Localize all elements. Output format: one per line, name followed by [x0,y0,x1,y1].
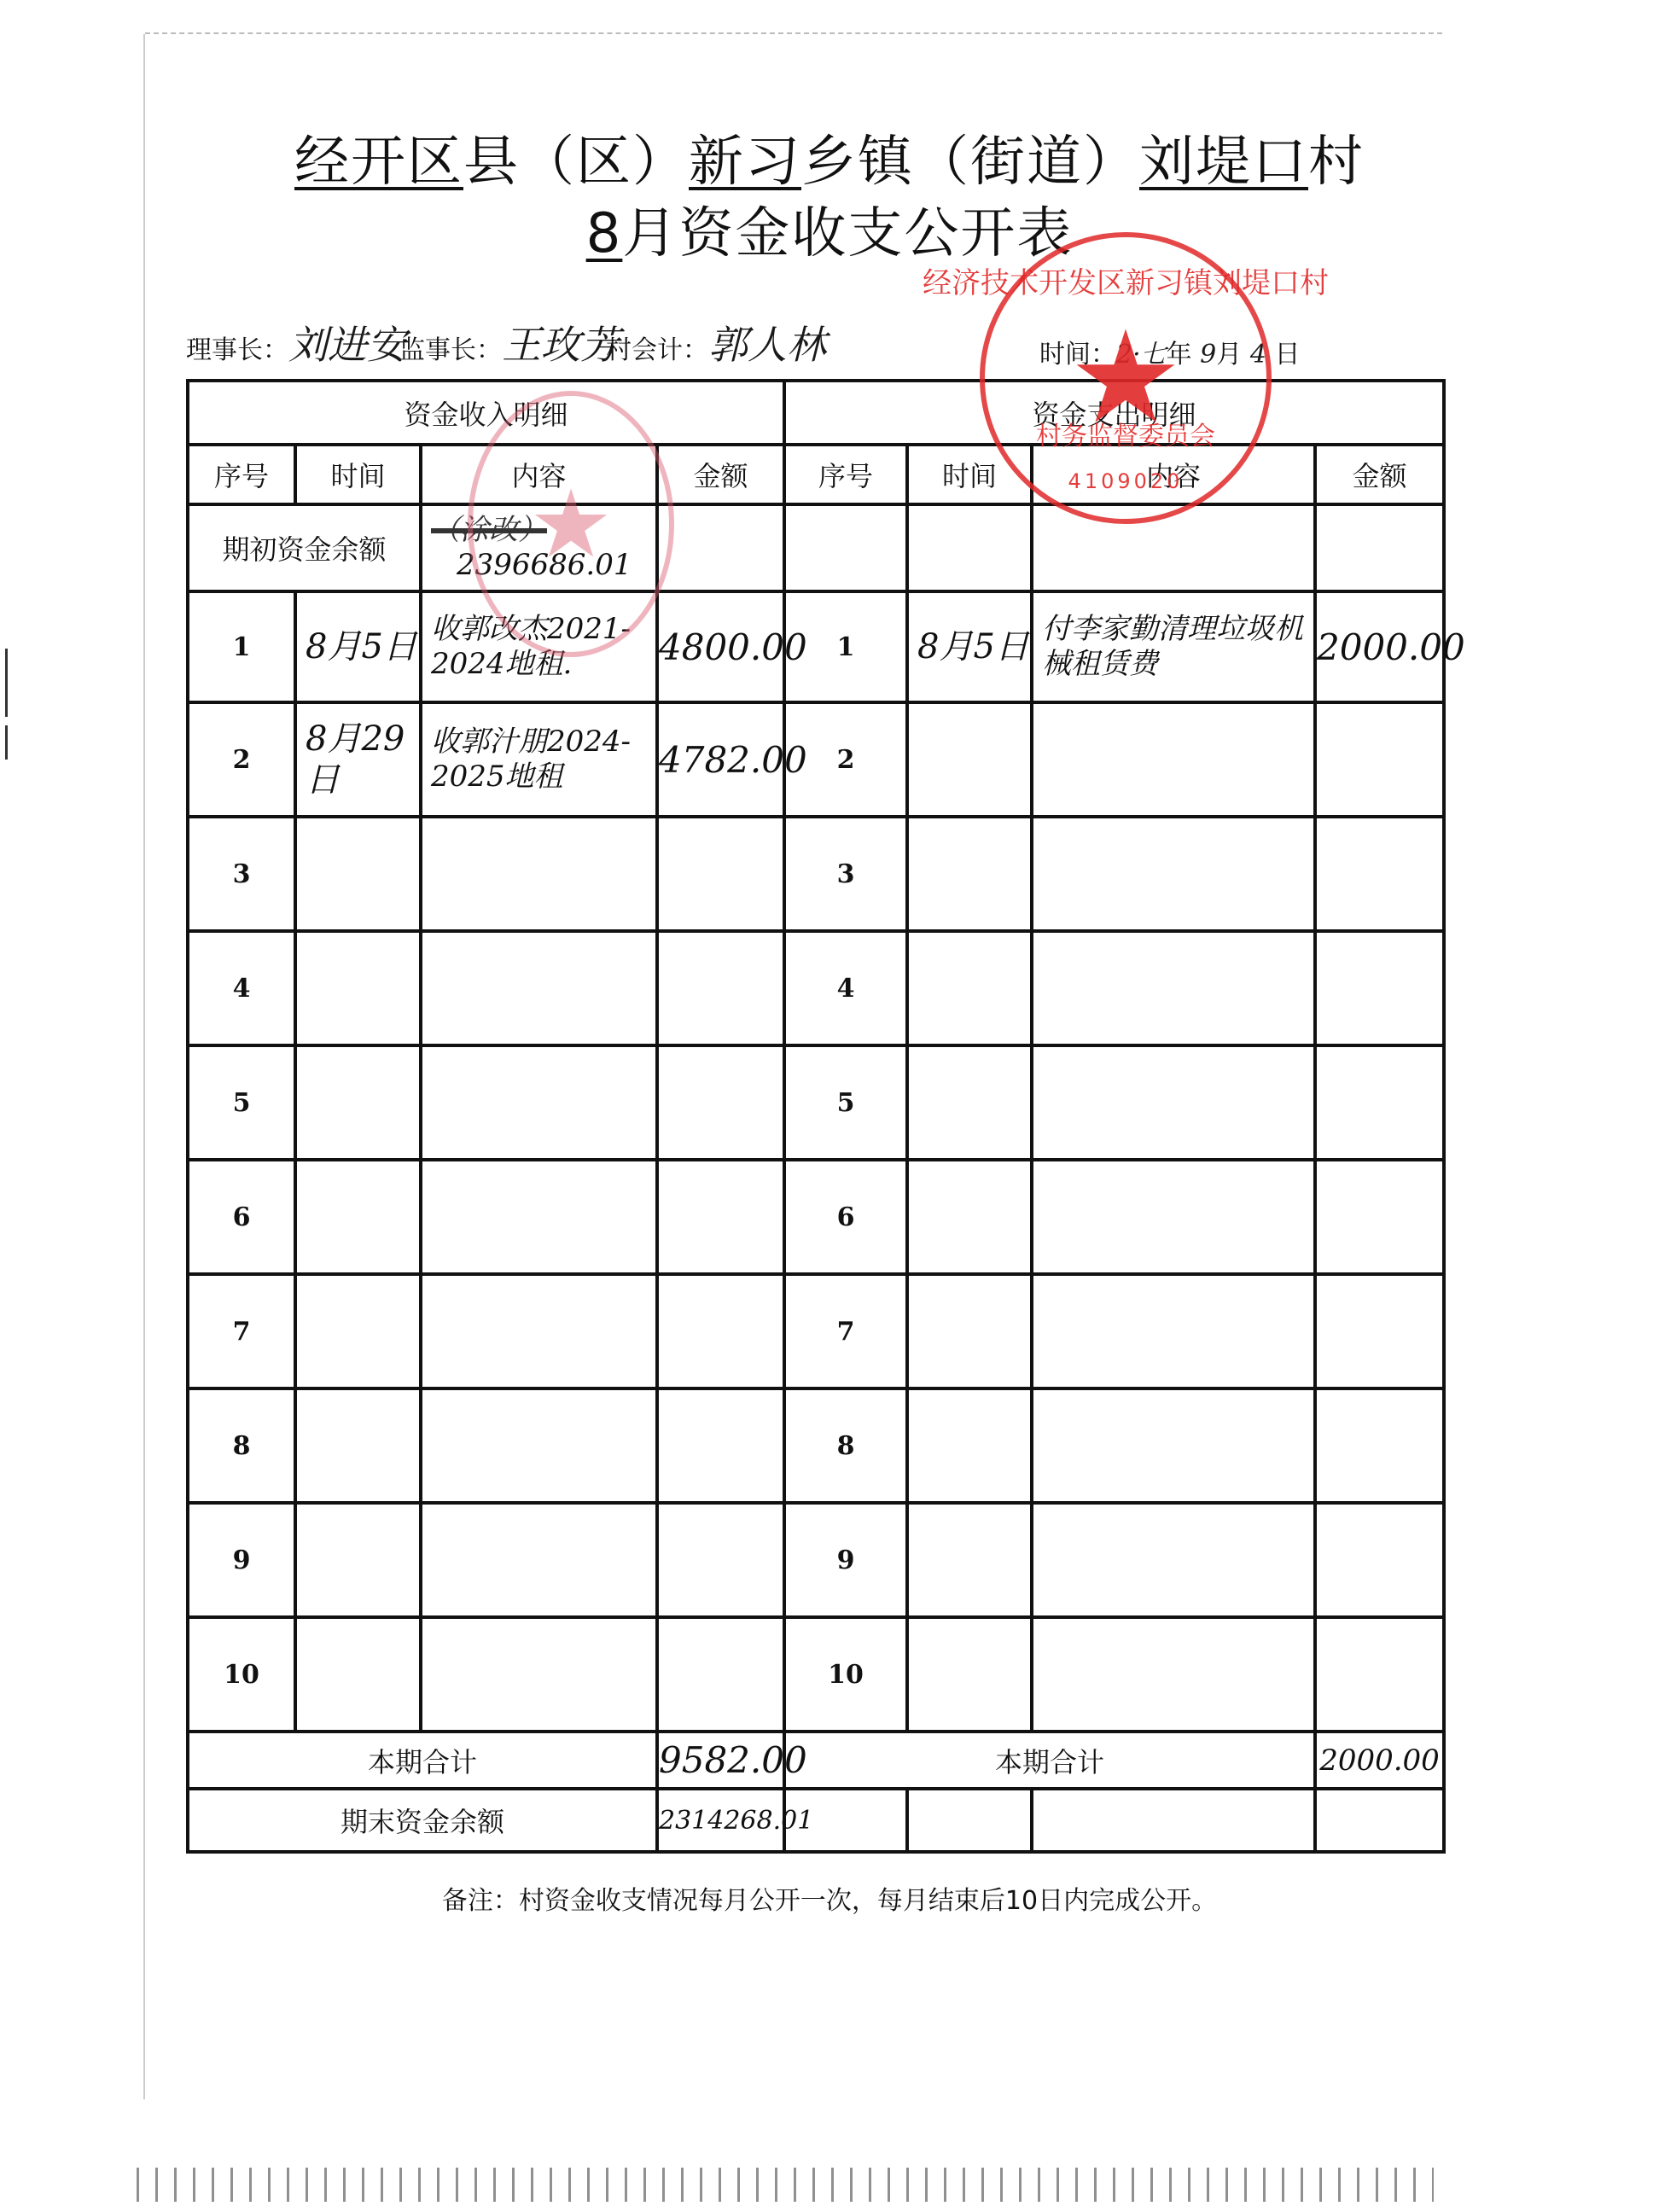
income-row-content [421,1274,657,1388]
income-row-content [421,1388,657,1503]
month-number: 8 [586,202,623,265]
expense-row-no: 3 [784,817,907,931]
income-row-no: 3 [188,817,295,931]
accountant-signature: 郭人林 [708,322,826,368]
income-header-date: 时间 [295,445,421,504]
signature-accountant: 村会计：郭人林 [606,314,826,370]
expense-row-date [907,1274,1032,1388]
income-row-date [295,1388,421,1503]
income-row-date [295,931,421,1045]
document-title-line1: 经开区县（区）新习乡镇（街道）刘堤口村 [0,118,1659,196]
expense-row-date [907,1617,1032,1732]
income-header-no: 序号 [188,445,295,504]
expense-row-content [1032,931,1315,1045]
income-row-date [295,817,421,931]
closing-balance-value: 2314268.01 [657,1789,784,1852]
expense-row-amount [1315,931,1444,1045]
income-row-no: 8 [188,1388,295,1503]
expense-row-content [1032,1503,1315,1617]
income-row-content [421,817,657,931]
expense-row-content [1032,702,1315,817]
expense-row-date [907,1045,1032,1160]
table-row: 88 [188,1388,1444,1503]
income-row-date [295,1617,421,1732]
ledger-table: 资金收入明细 资金支出明细 序号 时间 内容 金额 序号 时间 内容 金额 期初… [186,379,1446,1854]
income-row-amount: 4800.00 [657,591,784,702]
county-name: 经开区 [294,131,463,194]
expense-row-no: 4 [784,931,907,1045]
income-row-no: 4 [188,931,295,1045]
faint-seal-stamp: ★ [468,391,674,657]
expense-header-amount: 金额 [1315,445,1444,504]
county-suffix: 县（区） [463,131,689,194]
expense-row-content [1032,1388,1315,1503]
paper-edge [145,32,1442,34]
income-row-amount [657,931,784,1045]
expense-row-content [1032,1045,1315,1160]
income-row-content [421,1617,657,1732]
signature-supervisor: 监事长：王玫芳 [399,314,620,370]
income-row-amount [657,1045,784,1160]
official-seal-stamp: ★ 经济技术开发区新习镇刘堤口村 村务监督委员会 4109020 [980,232,1272,524]
income-row-amount [657,1503,784,1617]
income-row-amount [657,1617,784,1732]
income-row-date [295,1160,421,1274]
expense-header-no: 序号 [784,445,907,504]
expense-row-amount [1315,1617,1444,1732]
table-row: 1010 [188,1617,1444,1732]
expense-row-content [1032,1617,1315,1732]
income-row-date [295,1274,421,1388]
table-row: 44 [188,931,1444,1045]
seal-outer-text: 经济技术开发区新习镇刘堤口村 [923,259,1329,301]
income-period-total-label: 本期合计 [188,1732,657,1789]
closing-balance-label: 期末资金余额 [188,1789,657,1852]
expense-period-total-value: 2000.00 [1315,1732,1444,1789]
expense-row-date [907,702,1032,817]
opening-balance-label: 期初资金余额 [188,504,421,591]
document-title-line2: 8月资金收支公开表 [0,189,1659,268]
income-section-title: 资金收入明细 [188,381,784,445]
village-suffix: 村 [1308,131,1365,194]
signature-director: 理事长：刘进安 [186,314,406,370]
income-row-content [421,1160,657,1274]
opening-balance-row: 期初资金余额 （涂改） 2396686.01 [188,504,1444,591]
town-name: 新习 [689,131,801,194]
income-row-content [421,1045,657,1160]
table-row: 99 [188,1503,1444,1617]
table-row: 18月5日收郭改杰2021-2024地租.4800.0018月5日付李家勤清理垃… [188,591,1444,702]
expense-row-content [1032,1274,1315,1388]
expense-row-amount [1315,1274,1444,1388]
income-row-amount: 4782.00 [657,702,784,817]
expense-row-amount: 2000.00 [1315,591,1444,702]
header-row: 序号 时间 内容 金额 序号 时间 内容 金额 [188,445,1444,504]
expense-period-total-label: 本期合计 [784,1732,1315,1789]
expense-row-no: 9 [784,1503,907,1617]
expense-row-amount [1315,702,1444,817]
period-total-row: 本期合计 9582.00 本期合计 2000.00 [188,1732,1444,1789]
village-name: 刘堤口 [1139,131,1308,194]
income-row-date [295,1045,421,1160]
expense-row-date [907,1388,1032,1503]
income-row-no: 5 [188,1045,295,1160]
income-row-content [421,1503,657,1617]
income-row-no: 2 [188,702,295,817]
footnote: 备注：村资金收支情况每月公开一次，每月结束后10日内完成公开。 [0,1879,1659,1917]
expense-row-amount [1315,1045,1444,1160]
table-row: 28月29日收郭汁朋2024-2025地租4782.002 [188,702,1444,817]
income-row-date: 8月5日 [295,591,421,702]
expense-row-date [907,931,1032,1045]
seal-code: 4109020 [1068,469,1184,493]
title-suffix: 月资金收支公开表 [622,202,1073,265]
income-row-no: 6 [188,1160,295,1274]
income-row-amount [657,1388,784,1503]
expense-row-amount [1315,1503,1444,1617]
expense-row-amount [1315,1388,1444,1503]
income-row-content: 收郭汁朋2024-2025地租 [421,702,657,817]
expense-row-date: 8月5日 [907,591,1032,702]
expense-row-no: 7 [784,1274,907,1388]
scan-artifact [5,649,8,717]
expense-row-no: 10 [784,1617,907,1732]
expense-row-date [907,1503,1032,1617]
expense-row-content [1032,817,1315,931]
town-suffix: 乡镇（街道） [801,131,1139,194]
expense-row-date [907,1160,1032,1274]
income-row-date: 8月29日 [295,702,421,817]
income-header-amount: 金额 [657,445,784,504]
table-row: 66 [188,1160,1444,1274]
income-row-no: 10 [188,1617,295,1732]
scan-artifact [137,2168,1434,2202]
expense-row-amount [1315,1160,1444,1274]
expense-row-no: 5 [784,1045,907,1160]
star-icon: ★ [529,477,614,571]
paper-edge [143,34,145,2099]
income-row-content [421,931,657,1045]
table-row: 77 [188,1274,1444,1388]
income-row-date [295,1503,421,1617]
expense-row-no: 6 [784,1160,907,1274]
expense-row-content [1032,1160,1315,1274]
income-row-no: 7 [188,1274,295,1388]
expense-row-date [907,817,1032,931]
expense-row-no: 8 [784,1388,907,1503]
income-row-amount [657,1160,784,1274]
director-label: 理事长： [186,335,288,365]
scan-artifact [5,725,8,760]
closing-balance-row: 期末资金余额 2314268.01 [188,1789,1444,1852]
supervisor-signature: 王玫芳 [502,322,620,368]
income-row-no: 9 [188,1503,295,1617]
seal-inner-text: 村务监督委员会 [1036,415,1215,452]
income-row-amount [657,1274,784,1388]
accountant-label: 村会计： [606,335,708,365]
expense-row-amount [1315,817,1444,931]
income-period-total-value: 9582.00 [657,1732,784,1789]
table-row: 55 [188,1045,1444,1160]
expense-row-content: 付李家勤清理垃圾机械租赁费 [1032,591,1315,702]
table-row: 33 [188,817,1444,931]
income-row-amount [657,817,784,931]
director-signature: 刘进安 [288,322,406,368]
date-day-unit: 日 [1274,340,1300,370]
income-row-no: 1 [188,591,295,702]
supervisor-label: 监事长： [399,335,502,365]
